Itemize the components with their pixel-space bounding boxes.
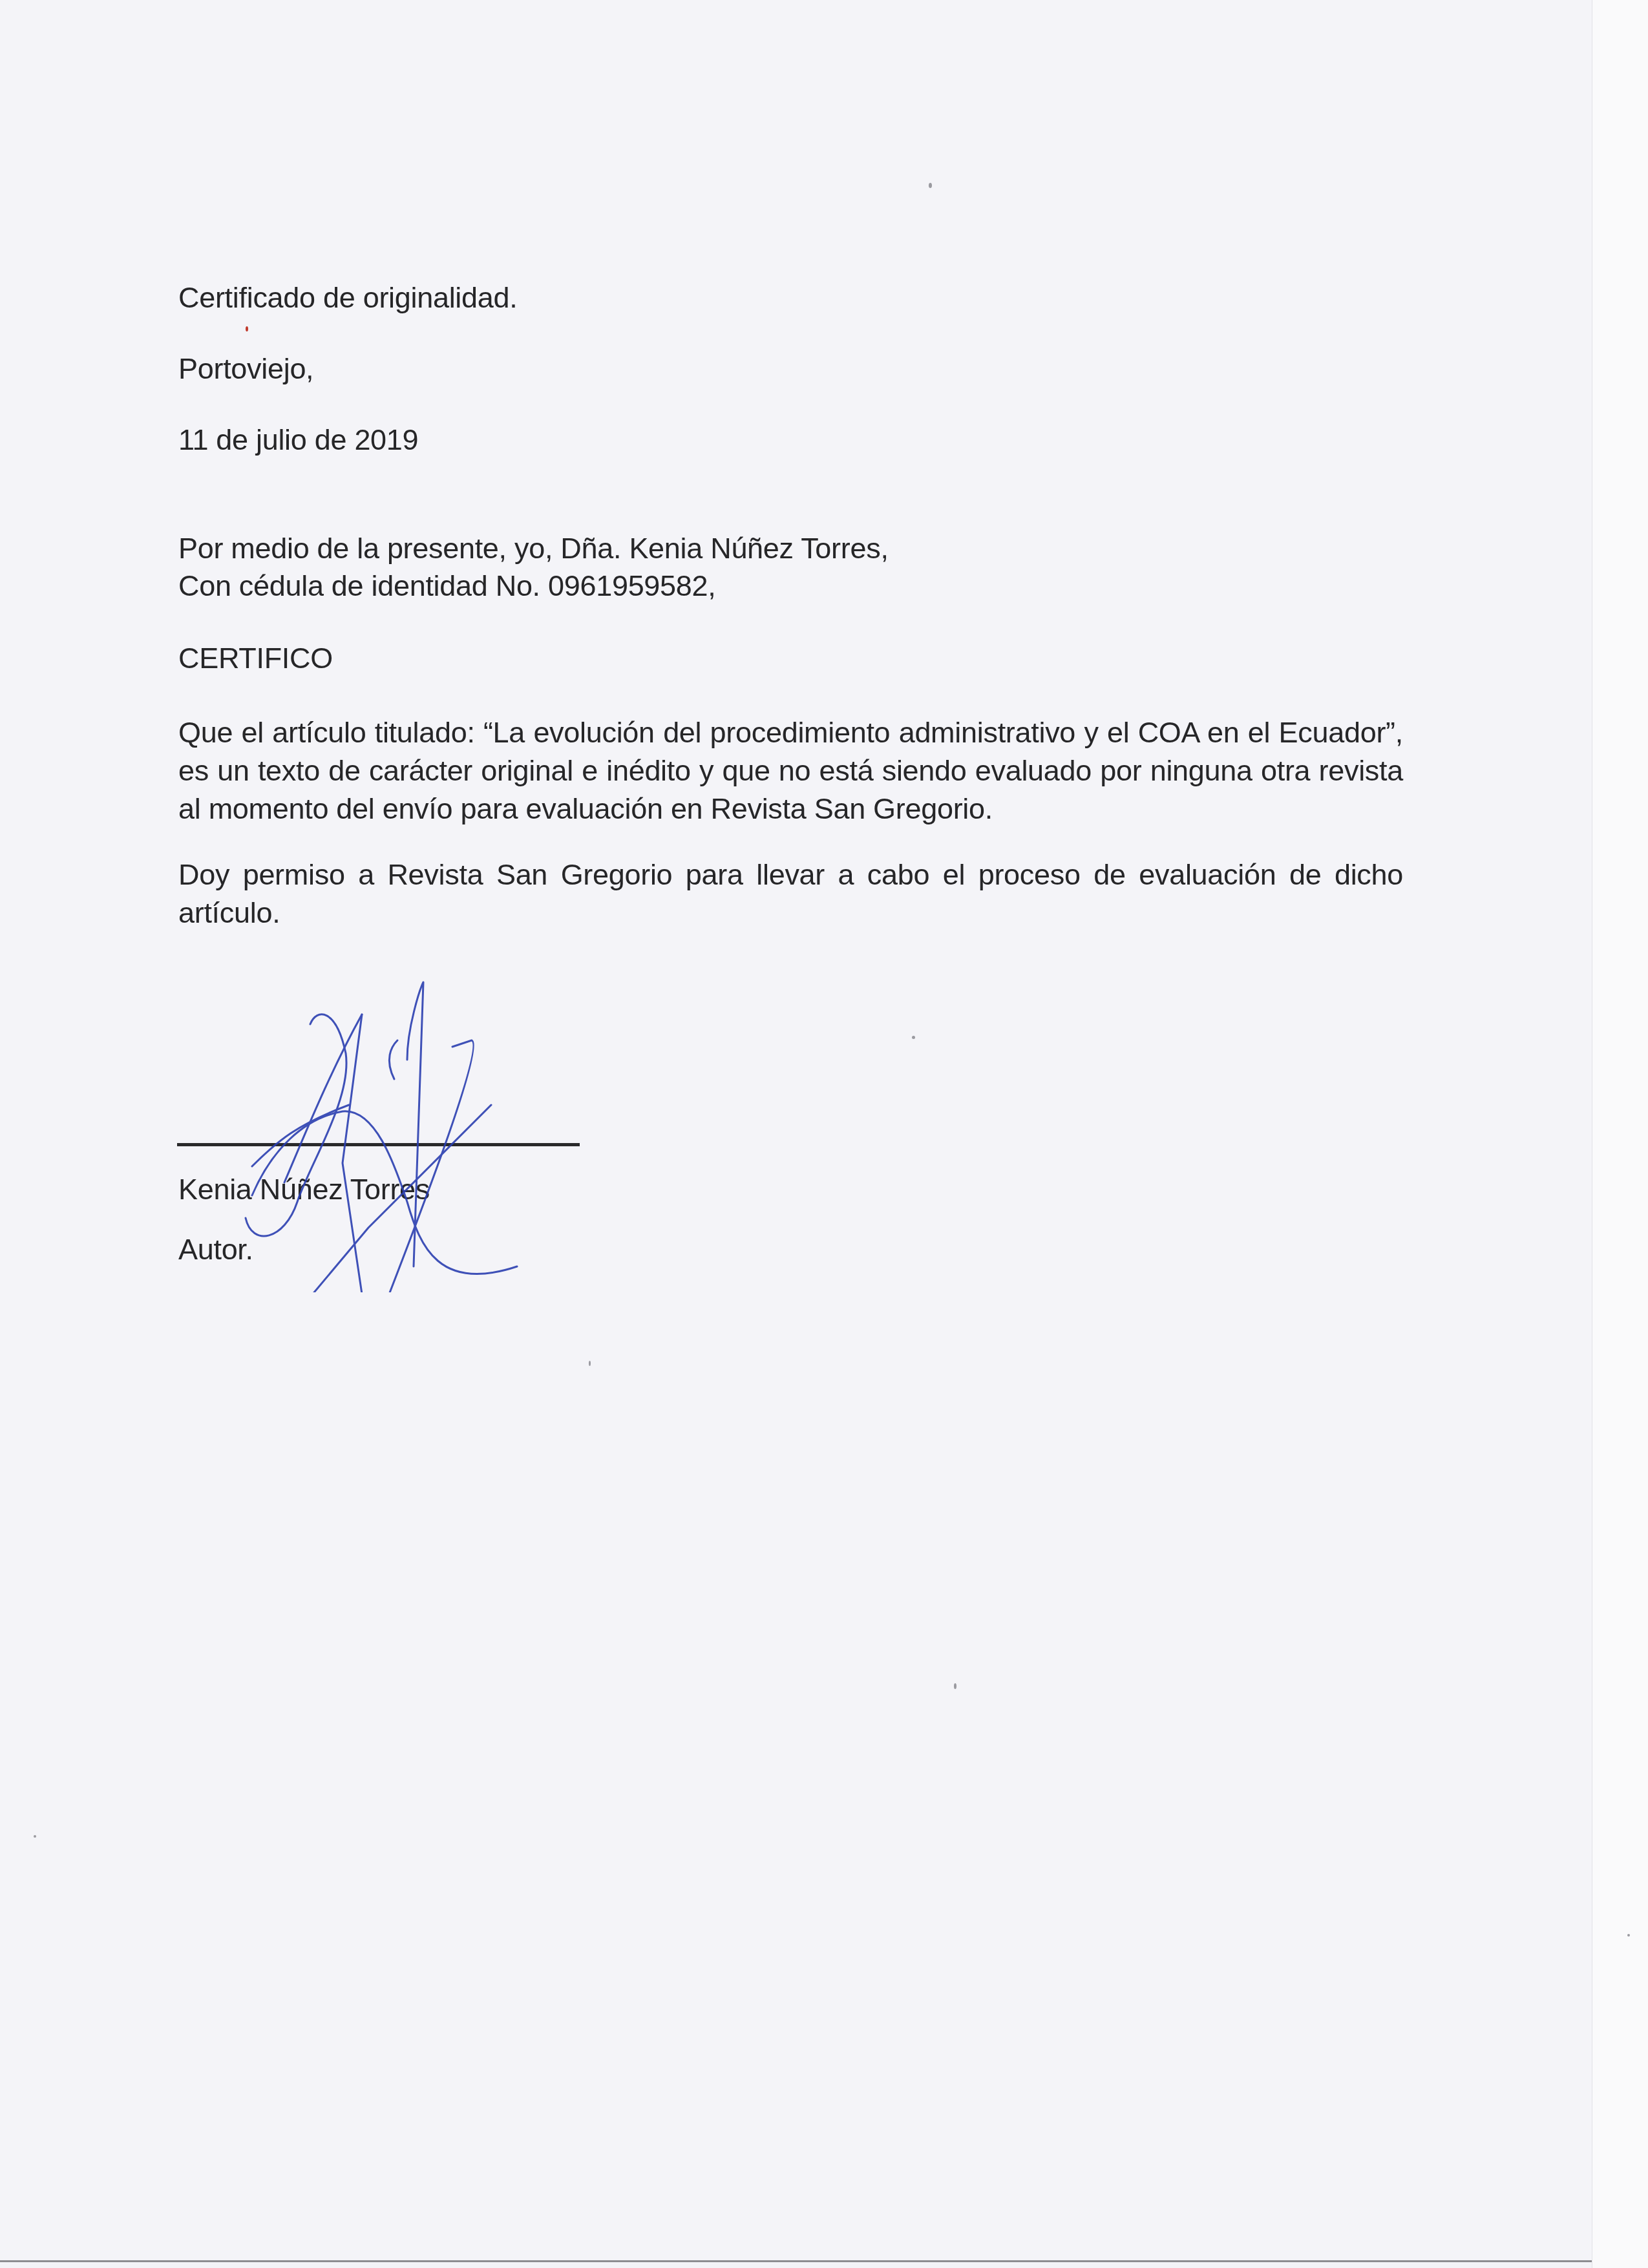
scan-speck bbox=[1627, 1934, 1630, 1937]
document-title: Certificado de originalidad. bbox=[178, 283, 517, 312]
scan-speck bbox=[954, 1683, 956, 1689]
certify-heading: CERTIFICO bbox=[178, 644, 333, 673]
scan-speck bbox=[34, 1835, 36, 1838]
date-line: 11 de julio de 2019 bbox=[178, 425, 418, 454]
scan-speck bbox=[912, 1036, 915, 1039]
permission-paragraph: Doy permiso a Revista San Gregorio para … bbox=[178, 856, 1403, 932]
intro-line-2: Con cédula de identidad No. 0961959582, bbox=[178, 571, 715, 600]
scan-margin-strip bbox=[1592, 0, 1648, 2268]
place-line: Portoviejo, bbox=[178, 354, 313, 383]
scan-speck bbox=[246, 326, 248, 331]
scan-speck bbox=[589, 1361, 591, 1366]
scan-speck bbox=[929, 183, 932, 188]
statement-paragraph: Que el artículo titulado: “La evolución … bbox=[178, 713, 1403, 828]
signature-icon bbox=[213, 969, 523, 1292]
intro-line-1: Por medio de la presente, yo, Dña. Kenia… bbox=[178, 534, 889, 563]
